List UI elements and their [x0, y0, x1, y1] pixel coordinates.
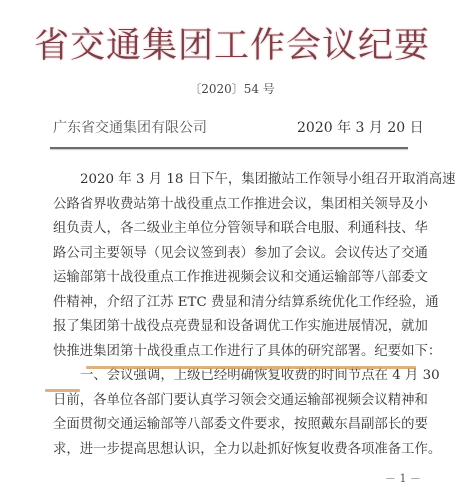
- paragraph-line: 全面贯彻交通运输部等八部委文件要求，按照戴东昌副部长的要: [53, 413, 411, 438]
- header-divider: [50, 147, 408, 149]
- issue-date: 2020 年 3 月 20 日: [297, 117, 424, 137]
- highlight-underline: [86, 366, 416, 369]
- highlight-underline: [45, 389, 80, 392]
- paragraph-line: 运输部第十战役重点工作推进视频会议和交通运输部等八部委文: [53, 266, 411, 291]
- paragraph-line: 报了集团第十战役点亮费显和设备调优工作实施进展情况，就加: [53, 315, 411, 340]
- paragraph-line: 2020 年 3 月 18 日下午，集团撤站工作领导小组召开取消高速: [53, 168, 411, 193]
- page-number: － 1 －: [385, 470, 421, 486]
- paragraph-line: 件精神，介绍了江苏 ETC 费显和清分结算系统优化工作经验，通: [53, 291, 411, 316]
- paragraph-line: 求，进一步提高思想认识，全力以赴抓好恢复收费各项准备工作。: [53, 438, 411, 463]
- paragraph-line: 日前，各单位各部门要认真学习领会交通运输部视频会议精神和: [53, 389, 411, 414]
- body-text: 2020 年 3 月 18 日下午，集团撤站工作领导小组召开取消高速 公路省界收…: [53, 168, 411, 462]
- issuer-name: 广东省交通集团有限公司: [53, 117, 207, 137]
- paragraph-line: 组负责人，各二级业主单位分管领导和联合电服、利通科技、华: [53, 217, 411, 242]
- document-title: 省交通集团工作会议纪要: [0, 18, 464, 68]
- paragraph-line: 公路省界收费站第十战役重点工作推进会议，集团相关领导及小: [53, 193, 411, 218]
- paragraph-line: 路公司主要领导（见会议签到表）参加了会议。会议传达了交通: [53, 242, 411, 267]
- document-number: 〔2020〕54 号: [0, 80, 464, 97]
- paragraph-line: 快推进集团第十战役重点工作进行了具体的研究部署。纪要如下：: [53, 340, 411, 365]
